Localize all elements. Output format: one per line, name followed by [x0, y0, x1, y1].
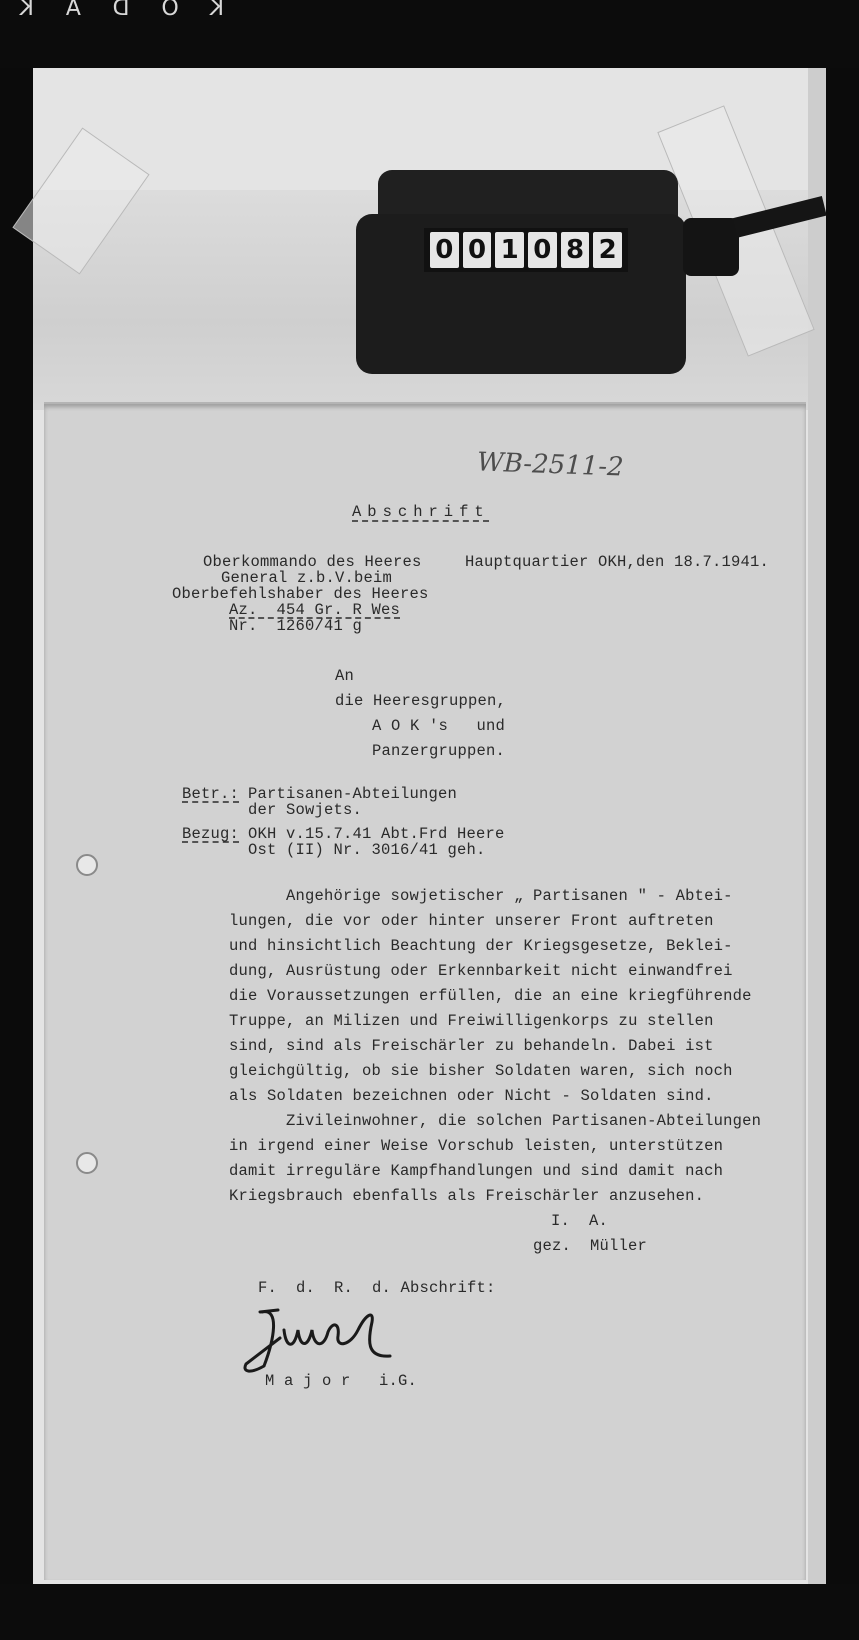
body-line: Kriegsbrauch ebenfalls als Freischärler …	[229, 1187, 704, 1205]
subject-label: Betr.:	[182, 785, 239, 803]
body-line: gleichgültig, ob sie bisher Soldaten war…	[229, 1062, 733, 1080]
signer-title: M a j o r i.G.	[265, 1372, 417, 1390]
body-line: in irgend einer Weise Vorschub leisten, …	[229, 1137, 723, 1155]
body-line: Angehörige sowjetischer „ Partisanen " -…	[229, 887, 733, 905]
frame-counter-display: 0 0 1 0 8 2	[424, 228, 628, 272]
frame-counter-plug	[683, 218, 739, 276]
signature-icon	[240, 1300, 420, 1380]
body-line: Zivileinwohner, die solchen Partisanen-A…	[229, 1112, 761, 1130]
file-reference-nr: Nr. 1260/41 g	[229, 617, 362, 635]
film-edge-top: KODAK	[0, 0, 859, 68]
body-line: dung, Ausrüstung oder Erkennbarkeit nich…	[229, 962, 733, 980]
recipient-line: Panzergruppen.	[372, 742, 505, 760]
board-edge	[808, 68, 826, 1584]
body-line: als Soldaten bezeichnen oder Nicht - Sol…	[229, 1087, 714, 1105]
punch-hole-icon	[76, 854, 98, 876]
counter-digit: 2	[593, 232, 622, 268]
body-line: lungen, die vor oder hinter unserer Fron…	[229, 912, 714, 930]
film-edge-bottom	[0, 1584, 859, 1640]
film-edge-text: KODAK	[0, 0, 224, 21]
recipient-line: A O K 's und	[372, 717, 505, 735]
body-line: die Voraussetzungen erfüllen, die an ein…	[229, 987, 752, 1005]
place-date: Hauptquartier OKH,den 18.7.1941.	[465, 553, 769, 571]
counter-digit: 0	[528, 232, 557, 268]
archive-mark: WB-2511-2	[477, 447, 625, 482]
counter-digit: 1	[495, 232, 524, 268]
counter-digit: 8	[561, 232, 590, 268]
reference-line: Ost (II) Nr. 3016/41 geh.	[248, 841, 486, 859]
reference-label: Bezug:	[182, 825, 239, 843]
closing-signed: gez. Müller	[533, 1237, 647, 1255]
recipient-an: An	[335, 667, 354, 685]
subject-line: der Sowjets.	[248, 801, 362, 819]
punch-hole-icon	[76, 1152, 98, 1174]
certification-label: F. d. R. d. Abschrift:	[258, 1279, 496, 1297]
counter-digit: 0	[463, 232, 492, 268]
document-title: Abschrift	[352, 503, 490, 521]
body-line: und hinsichtlich Beachtung der Kriegsges…	[229, 937, 733, 955]
body-line: damit irreguläre Kampfhandlungen und sin…	[229, 1162, 723, 1180]
counter-digit: 0	[430, 232, 459, 268]
body-line: sind, sind als Freischärler zu behandeln…	[229, 1037, 714, 1055]
closing-ia: I. A.	[551, 1212, 608, 1230]
recipient-line: die Heeresgruppen,	[335, 692, 506, 710]
body-line: Truppe, an Milizen und Freiwilligenkorps…	[229, 1012, 714, 1030]
